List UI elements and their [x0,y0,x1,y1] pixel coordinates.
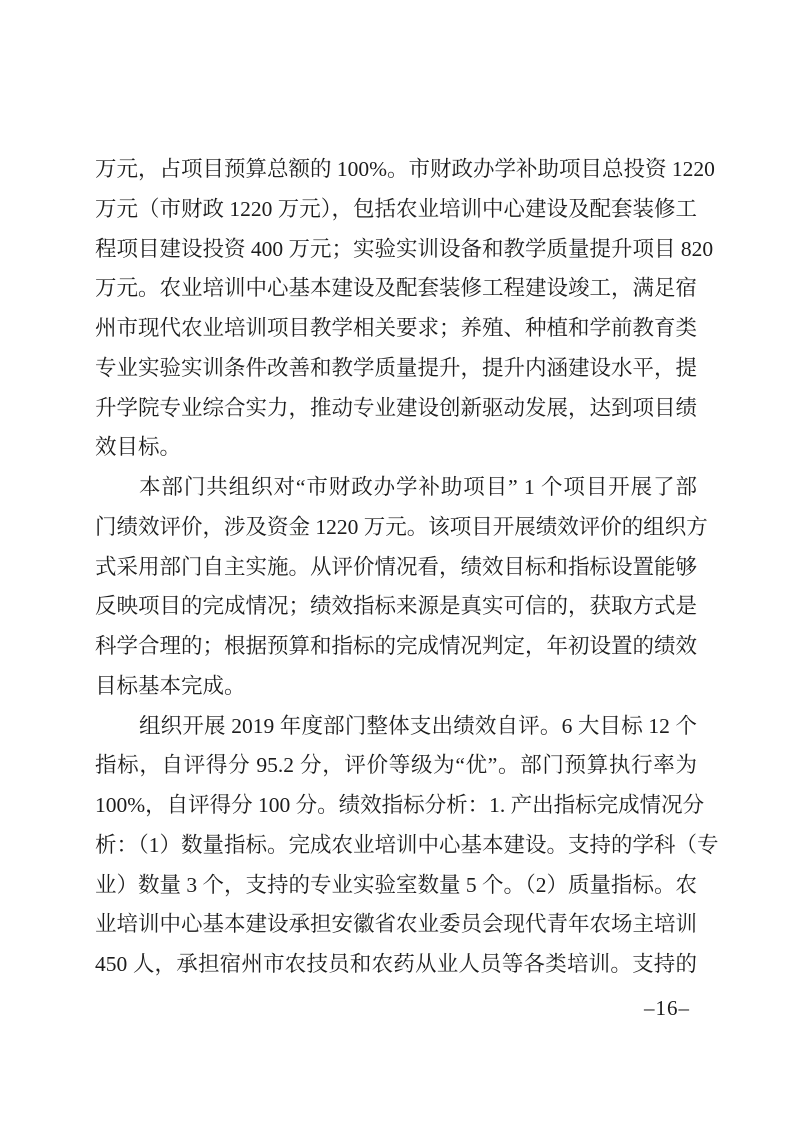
text-line: 析：（1）数量指标。完成农业培训中心基本建设。支持的学科（专 [95,826,697,866]
text-line: 业）数量 3 个，支持的专业实验室数量 5 个。（2）质量指标。农 [95,866,697,906]
paragraph-2: 本部门共组织对“市财政办学补助项目” 1 个项目开展了部 门绩效评价，涉及资金 … [95,468,697,707]
text-line: 万元，占项目预算总额的 100%。市财政办学补助项目总投资 1220 [95,150,697,190]
text-line: 门绩效评价，涉及资金 1220 万元。该项目开展绩效评价的组织方 [95,508,697,548]
text-line: 专业实验实训条件改善和教学质量提升，提升内涵建设水平，提 [95,349,697,389]
text-line: 式采用部门自主实施。从评价情况看，绩效目标和指标设置能够 [95,548,697,588]
text-line: 业培训中心基本建设承担安徽省农业委员会现代青年农场主培训 [95,905,697,945]
text-line: 升学院专业综合实力，推动专业建设创新驱动发展，达到项目绩 [95,389,697,429]
text-line: 组织开展 2019 年度部门整体支出绩效自评。6 大目标 12 个 [95,707,697,747]
text-line: 科学合理的；根据预算和指标的完成情况判定，年初设置的绩效 [95,627,697,667]
text-line: 100%，自评得分 100 分。绩效指标分析：1. 产出指标完成情况分 [95,786,697,826]
text-line: 反映项目的完成情况；绩效指标来源是真实可信的，获取方式是 [95,587,697,627]
text-line: 指标，自评得分 95.2 分，评价等级为“优”。部门预算执行率为 [95,746,697,786]
text-line: 效目标。 [95,428,697,468]
text-line: 程项目建设投资 400 万元；实验实训设备和教学质量提升项目 820 [95,230,697,270]
text-line: 州市现代农业培训项目教学相关要求；养殖、种植和学前教育类 [95,309,697,349]
text-line: 本部门共组织对“市财政办学补助项目” 1 个项目开展了部 [95,468,697,508]
text-line: 万元（市财政 1220 万元），包括农业培训中心建设及配套装修工 [95,190,697,230]
text-line: 万元。农业培训中心基本建设及配套装修工程建设竣工，满足宿 [95,269,697,309]
text-line: 目标基本完成。 [95,667,697,707]
text-line: 450 人，承担宿州市农技员和农药从业人员等各类培训。支持的 [95,945,697,985]
text-block: 万元，占项目预算总额的 100%。市财政办学补助项目总投资 1220 万元（市财… [95,150,697,985]
paragraph-3: 组织开展 2019 年度部门整体支出绩效自评。6 大目标 12 个 指标，自评得… [95,707,697,985]
document-page: 万元，占项目预算总额的 100%。市财政办学补助项目总投资 1220 万元（市财… [0,0,793,1122]
paragraph-1: 万元，占项目预算总额的 100%。市财政办学补助项目总投资 1220 万元（市财… [95,150,697,468]
page-number: –16– [644,993,690,1023]
